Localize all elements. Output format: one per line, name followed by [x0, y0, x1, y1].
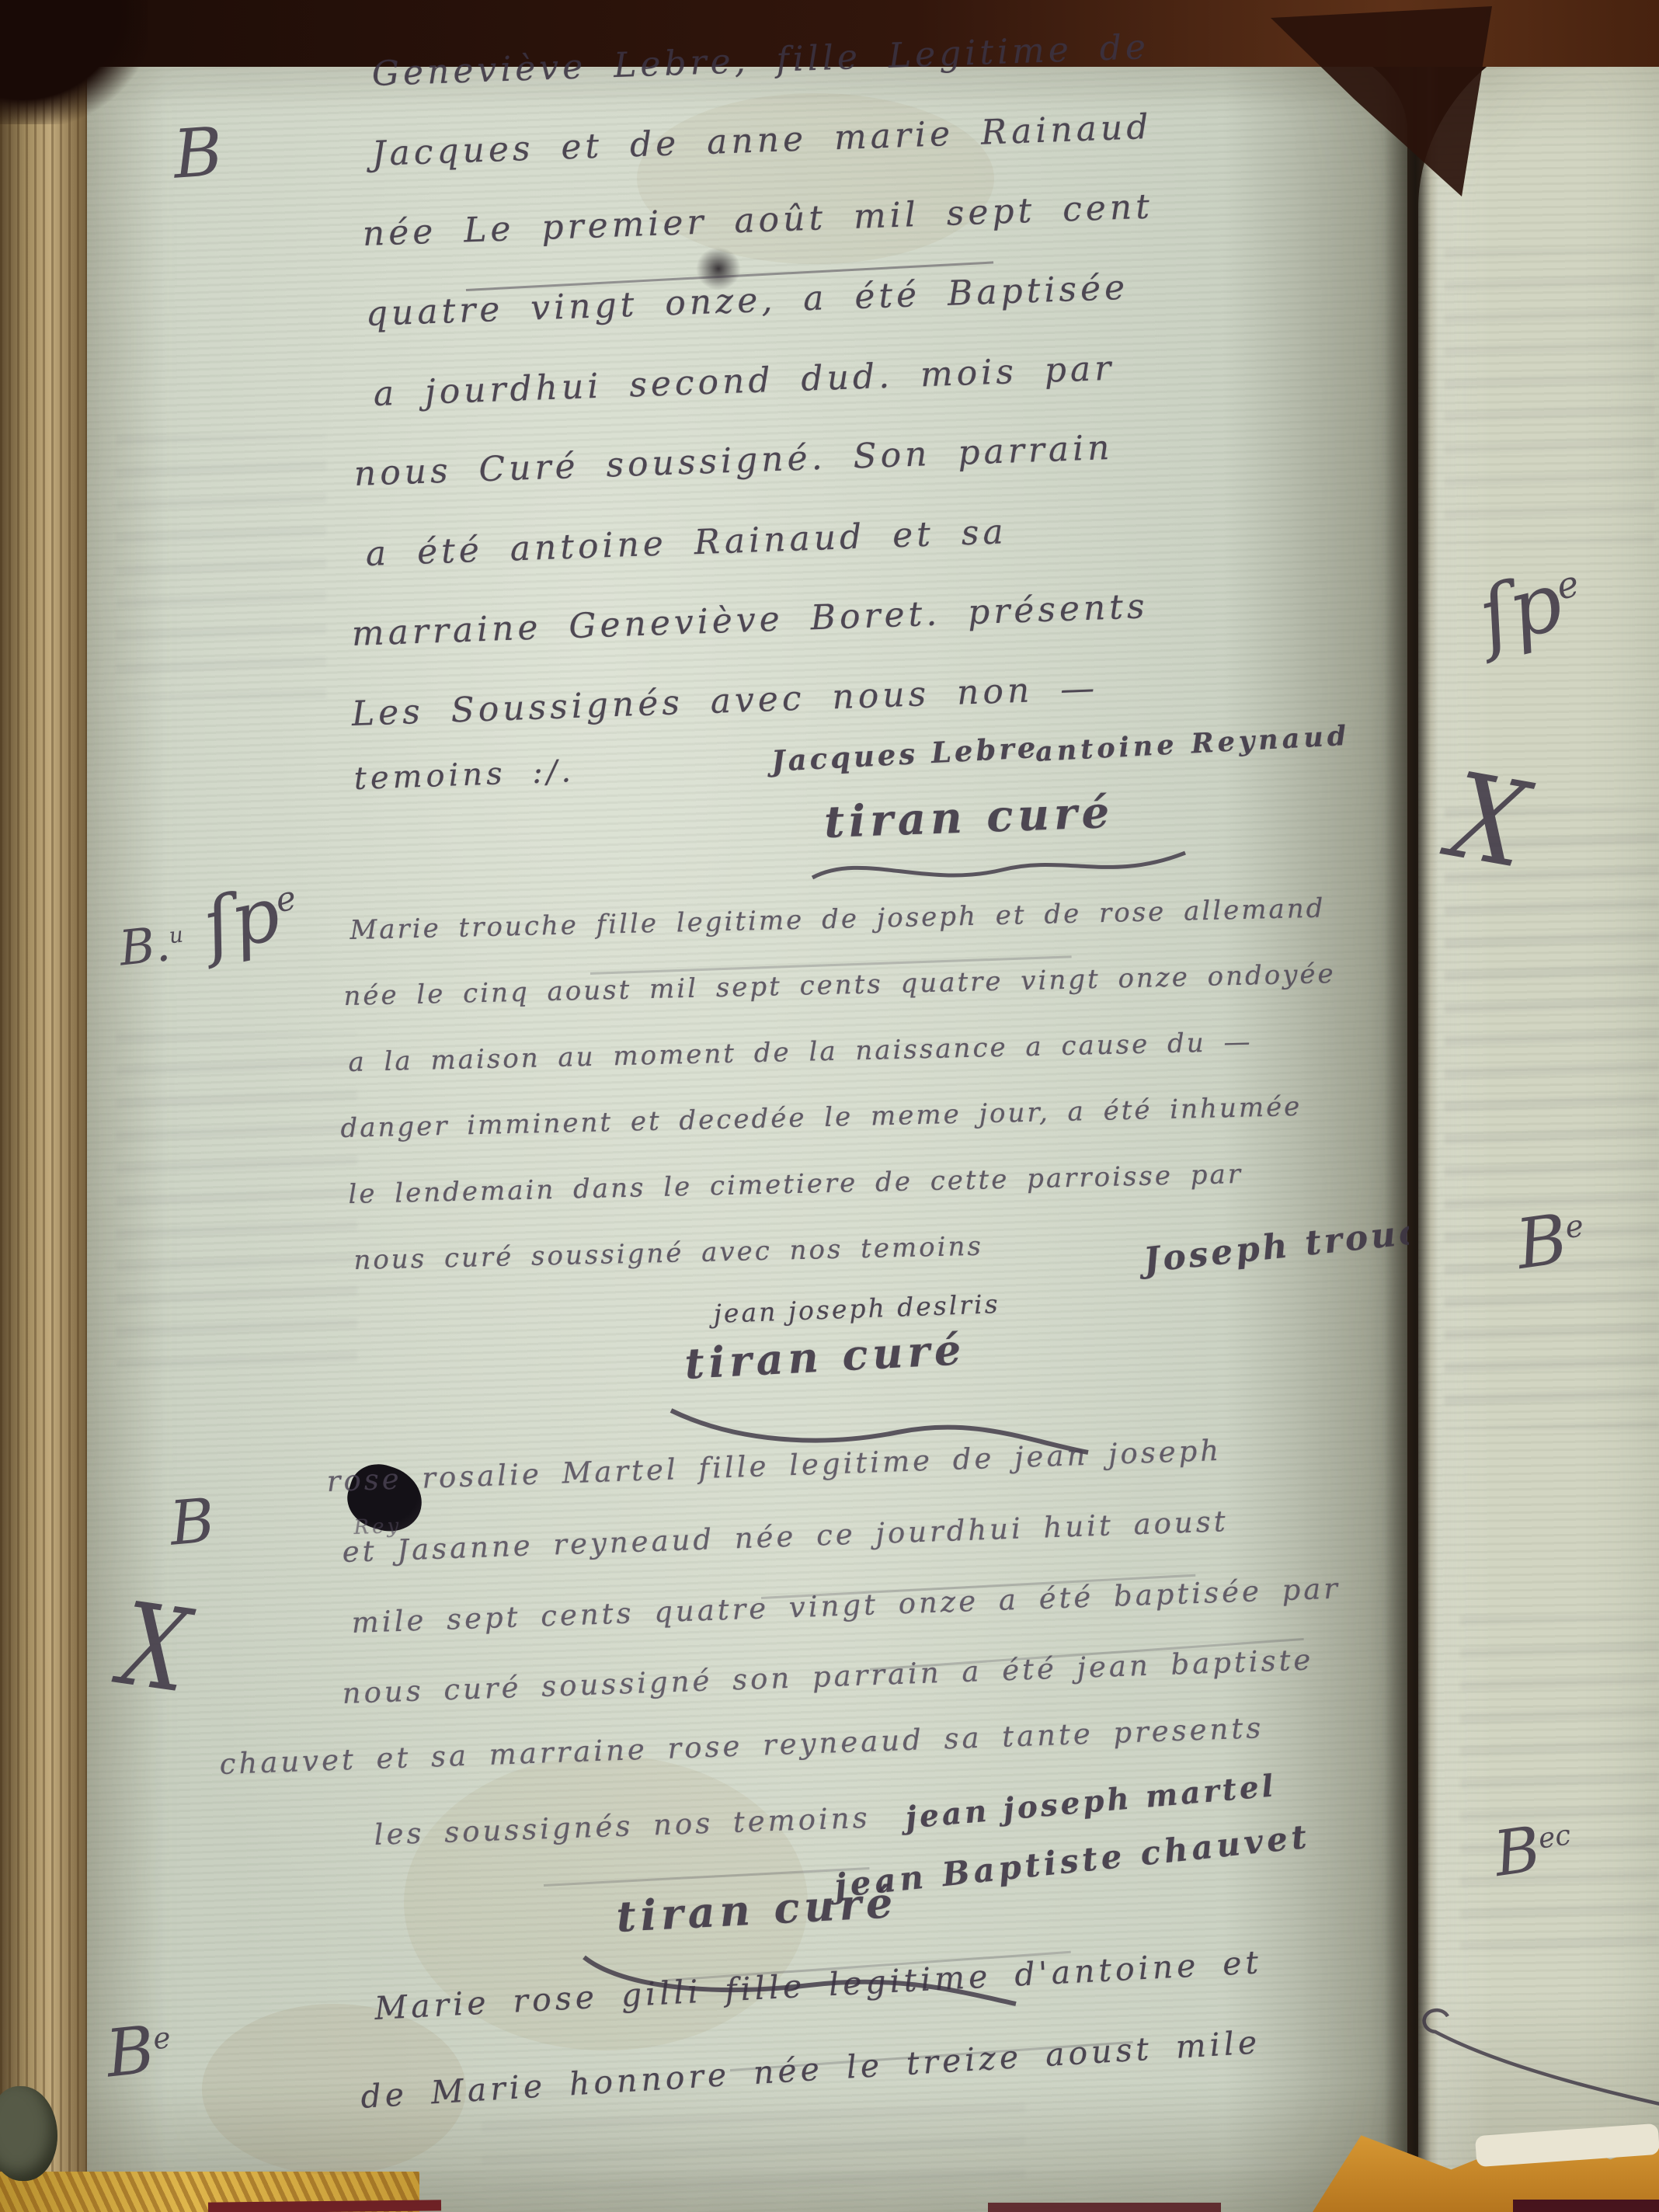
- signature-flourish: [808, 843, 1196, 898]
- record-line: née le cinq aoust mil sept cents quatre …: [343, 958, 1336, 1012]
- witness-signature: jean Baptiste chauvet: [833, 1817, 1312, 1905]
- record-line: les soussignés nos temoins: [374, 1801, 871, 1852]
- record-line: Marie trouche fille legitime de joseph e…: [350, 892, 1326, 945]
- record-line: de Marie honnore née le treize aoust mil…: [360, 2023, 1261, 2116]
- margin-mark-burial: ſpe: [196, 866, 307, 971]
- ink-smudge: [696, 247, 741, 290]
- left-page-ink-layer: B Geneviève Lebre, fille Legitime de Jac…: [0, 0, 1409, 2212]
- record-line: a la maison au moment de la naissance a …: [348, 1027, 1253, 1078]
- record-line: a été antoine Rainaud et sa: [365, 512, 1007, 574]
- margin-mark-baptism: B: [167, 1486, 217, 1560]
- record-line: mile sept cents quatre vingt onze a été …: [351, 1572, 1341, 1640]
- record-line: nous Curé soussigné. Son parrain: [353, 428, 1114, 494]
- witness-signature: jean joseph deslris: [713, 1289, 1000, 1329]
- facing-page-ink-layer: ſpe X Be Bec: [1418, 0, 1659, 2212]
- record-line: Les Soussignés avec nous non —: [351, 668, 1099, 734]
- curate-signature: tiran curé: [683, 1324, 967, 1389]
- pen-swoop-line: [1418, 1988, 1659, 2120]
- record-line: nous curé soussigné son parrain a été je…: [342, 1643, 1314, 1710]
- record-line: chauvet et sa marraine rose reyneaud sa …: [219, 1711, 1264, 1781]
- ink-bleed-through: [1445, 808, 1659, 1429]
- witness-signature: Joseph trouche: [1142, 1206, 1409, 1281]
- record-line: a jourdhui second dud. mois par: [373, 349, 1115, 414]
- ink-bleed-through: [1460, 1616, 1659, 1949]
- margin-mark-cross: X: [113, 1577, 197, 1719]
- margin-mark-baptism: Be: [103, 2009, 176, 2092]
- record-line: danger imminent et decedée le meme jour,…: [340, 1091, 1303, 1144]
- record-line: née Le premier août mil sept cent: [362, 186, 1154, 254]
- witness-signature: Jacques Lebre: [770, 730, 1039, 778]
- curate-signature: tiran curé: [615, 1877, 899, 1942]
- record-line: nous curé soussigné avec nos temoins: [353, 1231, 983, 1276]
- ink-bleed-through: [1445, 249, 1654, 544]
- record-line: temoins :/.: [353, 753, 576, 797]
- witness-signature: antoine Reynaud: [1035, 720, 1351, 768]
- record-line: quatre vingt onze, a été Baptisée: [365, 268, 1129, 334]
- curate-signature: tiran curé: [823, 787, 1115, 848]
- record-line: et Jasanne reyneaud née ce jourdhui huit…: [342, 1504, 1229, 1569]
- record-line: le lendemain dans le cimetiere de cette …: [348, 1159, 1243, 1210]
- record-line: Geneviève Lebre, fille Legitime de: [371, 27, 1150, 94]
- facing-mark-baptism: Be: [1511, 1196, 1591, 1285]
- facing-mark-baptism: Bec: [1490, 1808, 1577, 1890]
- record-line: marraine Geneviève Boret. présents: [351, 586, 1149, 654]
- facing-mark-burial: ſpe: [1469, 548, 1592, 665]
- record-line: Jacques et de anne marie Rainaud: [371, 107, 1153, 174]
- margin-mark-baptism: B: [171, 113, 225, 194]
- margin-mark-baptism: B.u: [117, 913, 186, 976]
- manuscript-photo: B Geneviève Lebre, fille Legitime de Jac…: [0, 0, 1659, 2212]
